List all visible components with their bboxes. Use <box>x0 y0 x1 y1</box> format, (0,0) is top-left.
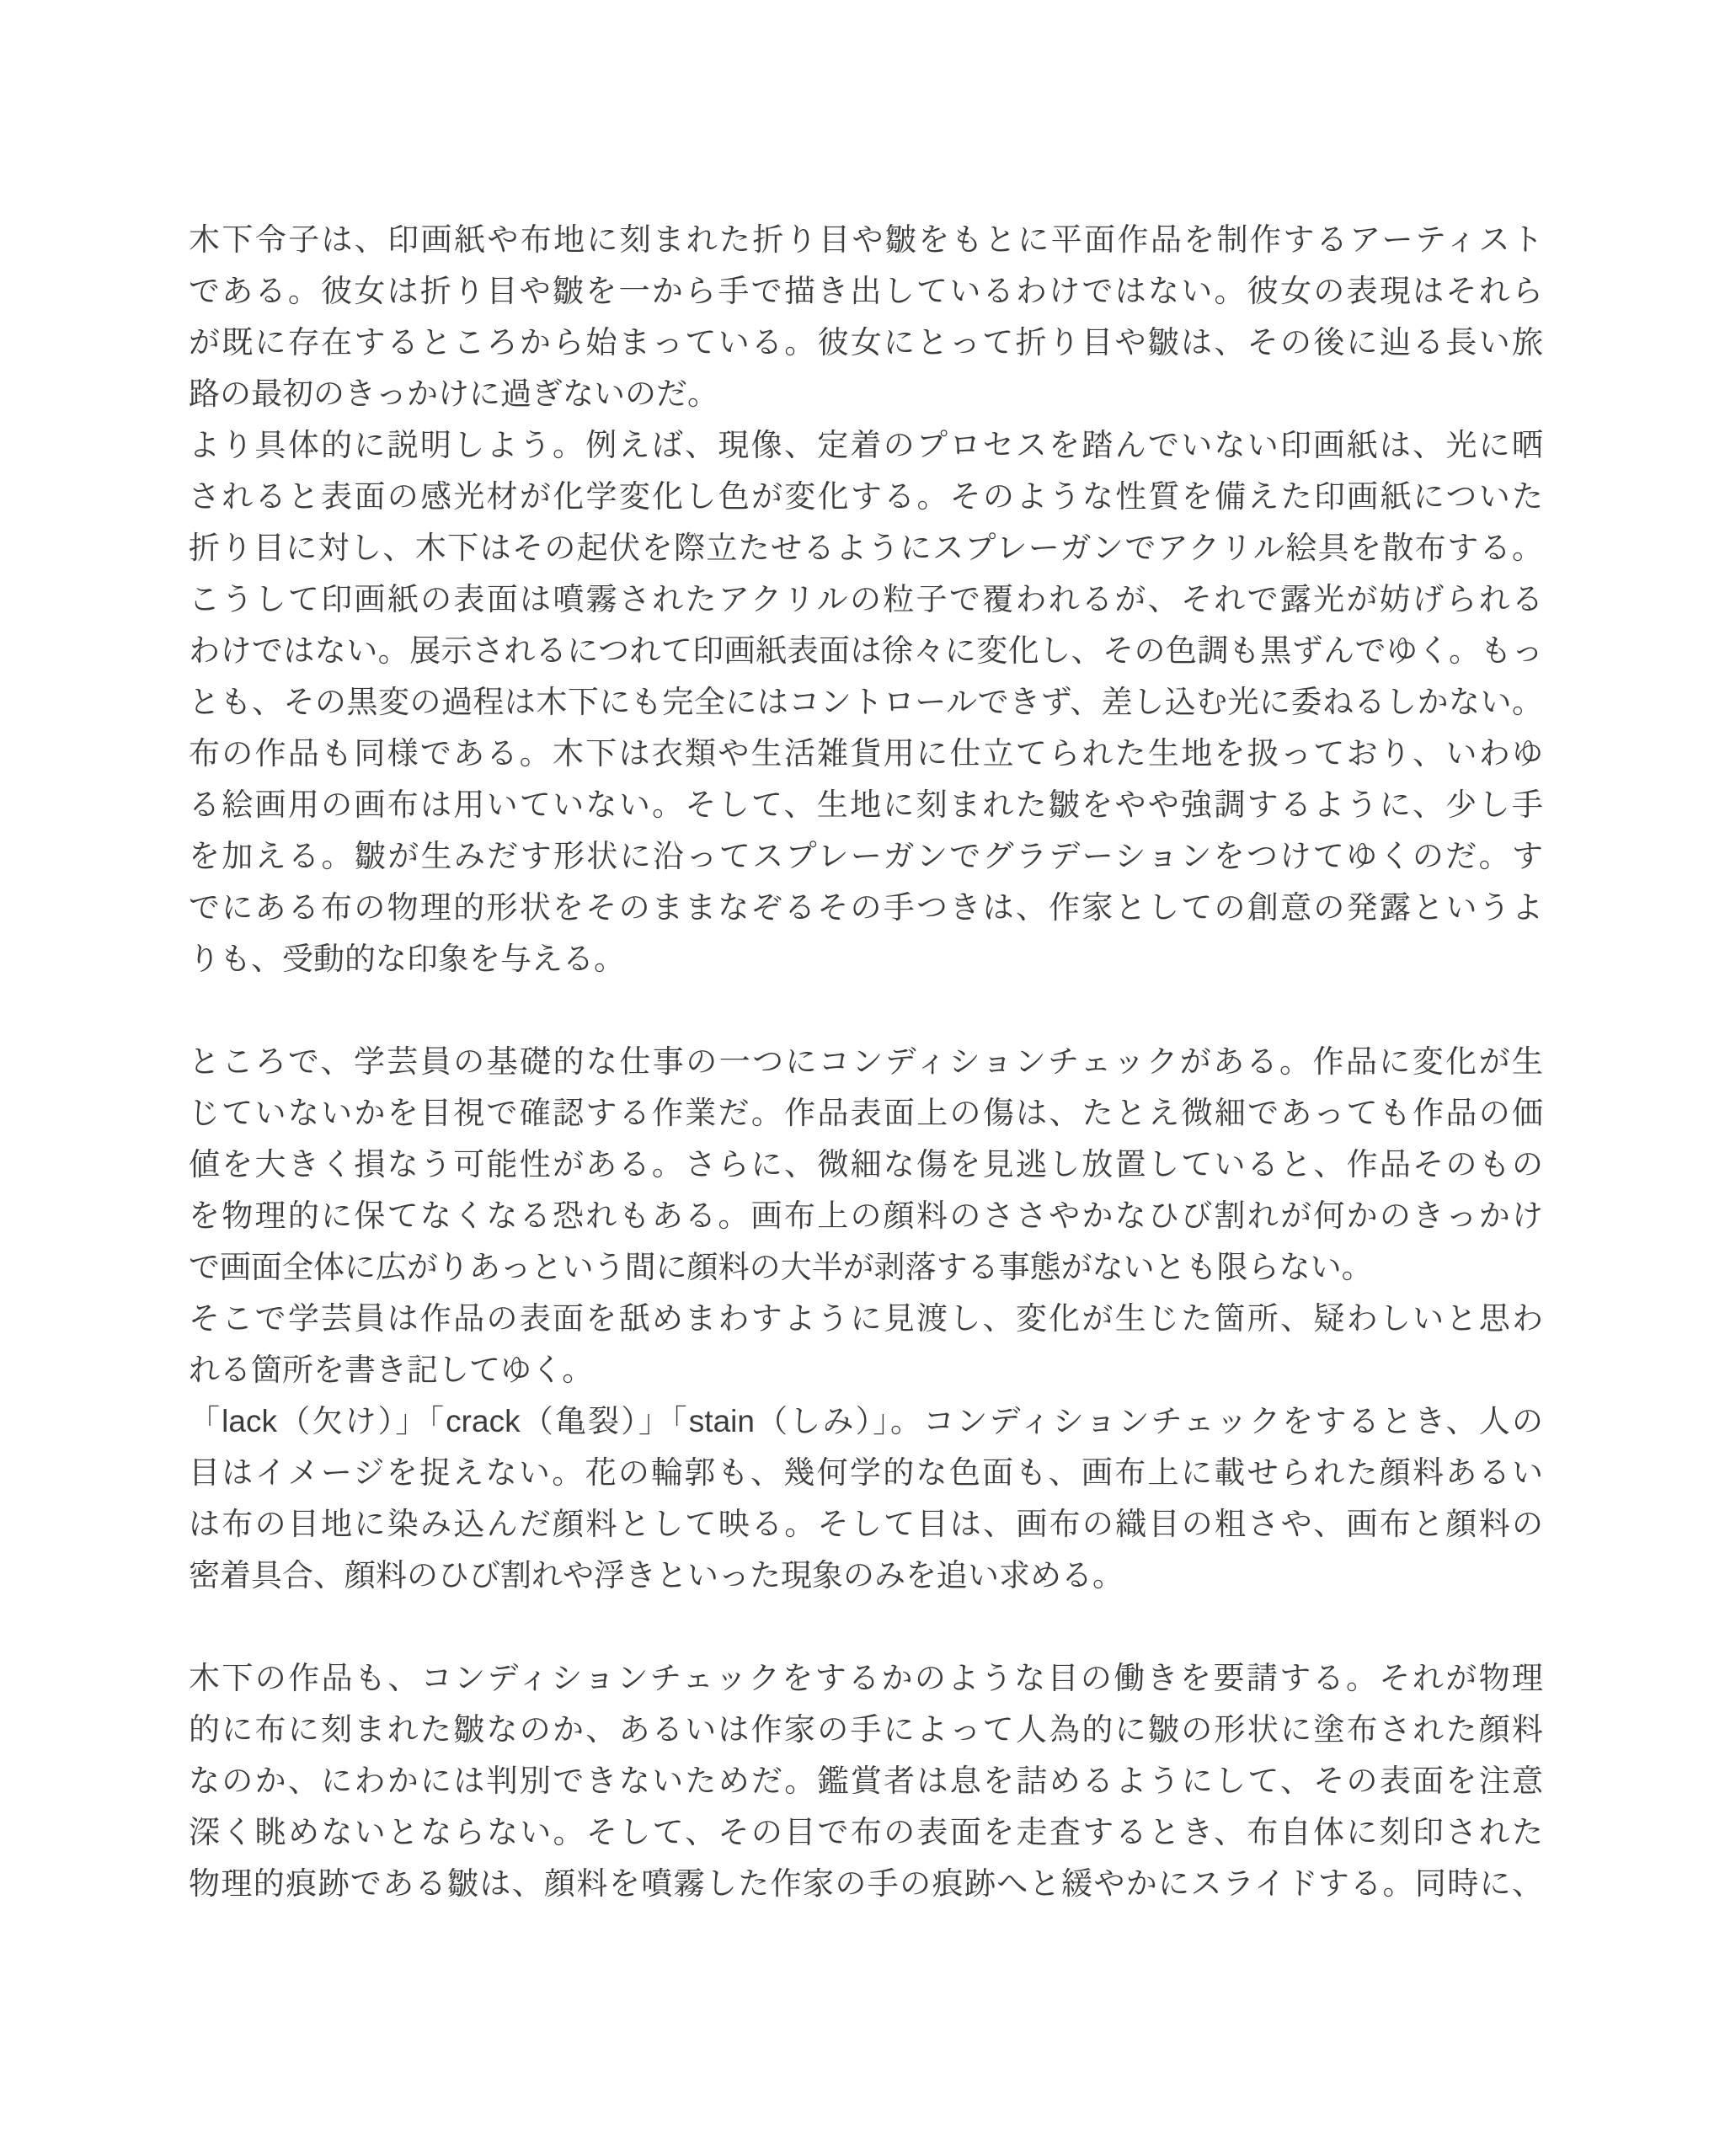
text-line: 路の最初のきっかけに過ぎないのだ。 <box>189 368 1543 419</box>
text-line: 深く眺めないとならない。そして、その目で布の表面を走査するとき、布自体に刻印され… <box>189 1806 1543 1858</box>
text-line: 物理的痕跡である皺は、顔料を噴霧した作家の手の痕跡へと緩やかにスライドする。同時… <box>189 1858 1543 1909</box>
text-line: じていないかを目視で確認する作業だ。作品表面上の傷は、たとえ微細であっても作品の… <box>189 1087 1543 1139</box>
text-line: わけではない。展示されるにつれて印画紙表面は徐々に変化し、その色調も黒ずんでゆく… <box>189 625 1543 676</box>
text-line: より具体的に説明しよう。例えば、現像、定着のプロセスを踏んでいない印画紙は、光に… <box>189 419 1543 471</box>
text-line: こうして印画紙の表面は噴霧されたアクリルの粒子で覆われるが、それで露光が妨げられ… <box>189 574 1543 625</box>
text-line: 木下令子は、印画紙や布地に刻まれた折り目や皺をもとに平面作品を制作するアーティス… <box>189 214 1543 265</box>
text-line: 密着具合、顔料のひび割れや浮きといった現象のみを追い求める。 <box>189 1550 1543 1601</box>
blank-line <box>189 985 1543 1036</box>
text-line: れる箇所を書き記してゆく。 <box>189 1344 1543 1396</box>
text-line: とも、その黒変の過程は木下にも完全にはコントロールできず、差し込む光に委ねるしか… <box>189 676 1543 728</box>
text-line: そこで学芸員は作品の表面を舐めまわすように見渡し、変化が生じた箇所、疑わしいと思… <box>189 1293 1543 1344</box>
text-line: 布の作品も同様である。木下は衣類や生活雑貨用に仕立てられた生地を扱っており、いわ… <box>189 728 1543 779</box>
text-line: されると表面の感光材が化学変化し色が変化する。そのような性質を備えた印画紙につい… <box>189 471 1543 522</box>
text-line: 木下の作品も、コンディションチェックをするかのような目の働きを要請する。それが物… <box>189 1652 1543 1704</box>
blank-line <box>189 1601 1543 1652</box>
text-line: を物理的に保てなくなる恐れもある。画布上の顔料のささやかなひび割れが何かのきっか… <box>189 1190 1543 1241</box>
text-line: ところで、学芸員の基礎的な仕事の一つにコンディションチェックがある。作品に変化が… <box>189 1036 1543 1087</box>
text-line: でにある布の物理的形状をそのままなぞるその手つきは、作家としての創意の発露という… <box>189 882 1543 933</box>
text-line: は布の目地に染み込んだ顔料として映る。そして目は、画布の織目の粗さや、画布と顔料… <box>189 1498 1543 1550</box>
document-page: 木下令子は、印画紙や布地に刻まれた折り目や皺をもとに平面作品を制作するアーティス… <box>0 0 1725 2156</box>
text-line: である。彼女は折り目や皺を一から手で描き出しているわけではない。彼女の表現はそれ… <box>189 265 1543 317</box>
text-line: 折り目に対し、木下はその起伏を際立たせるようにスプレーガンでアクリル絵具を散布す… <box>189 522 1543 574</box>
text-line: 目はイメージを捉えない。花の輪郭も、幾何学的な色面も、画布上に載せられた顔料ある… <box>189 1447 1543 1498</box>
text-line: で画面全体に広がりあっという間に顔料の大半が剥落する事態がないとも限らない。 <box>189 1241 1543 1293</box>
text-line: なのか、にわかには判別できないためだ。鑑賞者は息を詰めるようにして、その表面を注… <box>189 1755 1543 1806</box>
text-line: 値を大きく損なう可能性がある。さらに、微細な傷を見逃し放置していると、作品そのも… <box>189 1139 1543 1190</box>
text-line: 「lack（欠け）」「crack（亀裂）」「stain（しみ）」。コンディション… <box>189 1396 1543 1447</box>
essay-text-block: 木下令子は、印画紙や布地に刻まれた折り目や皺をもとに平面作品を制作するアーティス… <box>0 0 1725 1909</box>
text-line: が既に存在するところから始まっている。彼女にとって折り目や皺は、その後に辿る長い… <box>189 317 1543 368</box>
text-line: りも、受動的な印象を与える。 <box>189 933 1543 985</box>
text-line: る絵画用の画布は用いていない。そして、生地に刻まれた皺をやや強調するように、少し… <box>189 779 1543 830</box>
text-line: 的に布に刻まれた皺なのか、あるいは作家の手によって人為的に皺の形状に塗布された顔… <box>189 1704 1543 1755</box>
text-line: を加える。皺が生みだす形状に沿ってスプレーガンでグラデーションをつけてゆくのだ。… <box>189 830 1543 882</box>
